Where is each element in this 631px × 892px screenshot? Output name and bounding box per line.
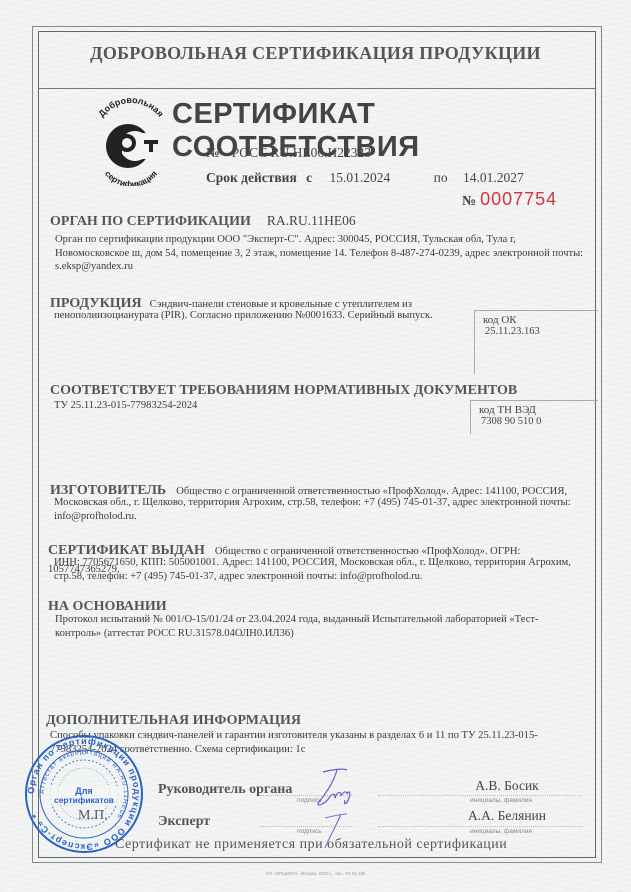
header-divider: [38, 88, 595, 89]
blank-number-value: 0007754: [480, 189, 557, 209]
voluntary-certification-header: ДОБРОВОЛЬНАЯ СЕРТИФИКАЦИЯ ПРОДУКЦИИ: [0, 43, 631, 64]
validity-to-label: по: [434, 170, 448, 185]
registration-number-value: РОСС RU.НЕ06.Н22323: [232, 145, 371, 160]
validity-from-date: 15.01.2024: [330, 170, 391, 185]
registration-number: №РОСС RU.НЕ06.Н22323: [206, 145, 371, 161]
svg-text:Добровольная: Добровольная: [96, 96, 165, 119]
tnved-code-box: код ТН ВЭД 7308 90 510 0: [470, 400, 598, 434]
tnved-code-value: 7308 90 510 0: [481, 416, 598, 427]
expert-name-line: [378, 826, 582, 827]
certification-body-section: ОРГАН ПО СЕРТИФИКАЦИИ RA.RU.11НЕ06: [50, 212, 590, 230]
expert-name-hint: инициалы, фамилия: [470, 828, 532, 835]
validity-to-date: 14.01.2027: [463, 170, 524, 185]
expert-label: Эксперт: [158, 814, 210, 830]
blank-number-label: №: [462, 194, 476, 209]
product-text-line2: пенополиизоцианурата (PIR). Согласно при…: [54, 309, 474, 323]
expert-name: А.А. Белянин: [432, 808, 582, 824]
logo-top-text: Добровольная: [96, 96, 165, 119]
svg-text:сертификация: сертификация: [103, 169, 159, 186]
footer-note: Сертификат не применяется при обязательн…: [115, 837, 507, 853]
head-name-line: [378, 795, 582, 796]
certification-body-title: ОРГАН ПО СЕРТИФИКАЦИИ: [50, 214, 251, 229]
rst-logo-icon: Добровольная сертификация: [86, 96, 176, 186]
ok-code-label: код ОК: [483, 314, 598, 326]
blue-round-seal-icon: Орган по сертификации продукции ООО «Экс…: [24, 734, 144, 854]
additional-info-title: ДОПОЛНИТЕЛЬНАЯ ИНФОРМАЦИЯ: [46, 713, 301, 729]
tnved-code-label: код ТН ВЭД: [479, 404, 598, 416]
head-name: А.В. Босик: [432, 778, 582, 794]
stamp-center-text-2: сертификатов: [54, 795, 114, 805]
ok-code-value: 25.11.23.163: [485, 326, 598, 337]
blank-number: №0007754: [462, 189, 557, 210]
printer-imprint: АО «ОПЦИОН», Москва, 2023 г., «Б», ТЗ № …: [0, 871, 631, 876]
manufacturer-text-rest: Московская обл., г. Щелково, территория …: [54, 496, 594, 523]
logo-bottom-text: сертификация: [103, 169, 159, 186]
head-name-hint: инициалы, фамилия: [470, 797, 532, 804]
ok-code-box: код ОК 25.11.23.163: [474, 310, 598, 374]
conformity-title: СООТВЕТСТВУЕТ ТРЕБОВАНИЯМ НОРМАТИВНЫХ ДО…: [50, 383, 517, 399]
svg-text:Аттестат аккредитации RA.RU.11: Аттестат аккредитации RA.RU.11НЕ06: [39, 749, 129, 820]
conformity-text: ТУ 25.11.23-015-77983254-2024: [54, 399, 197, 413]
validity-from-label: с: [306, 170, 312, 185]
certification-body-code: RA.RU.11НЕ06: [267, 213, 356, 228]
certification-body-text: Орган по сертификации продукции ООО "Экс…: [55, 233, 585, 274]
issued-to-text-rest: ИНН: 7705671650, КПП: 505001001. Адрес: …: [54, 556, 594, 583]
registration-number-label: №: [206, 145, 220, 160]
validity-period: Срок действия с 15.01.2024 по 14.01.2027: [206, 170, 524, 186]
validity-label: Срок действия: [206, 170, 297, 185]
basis-text: Протокол испытаний № 001/О-15/01/24 от 2…: [55, 613, 555, 640]
